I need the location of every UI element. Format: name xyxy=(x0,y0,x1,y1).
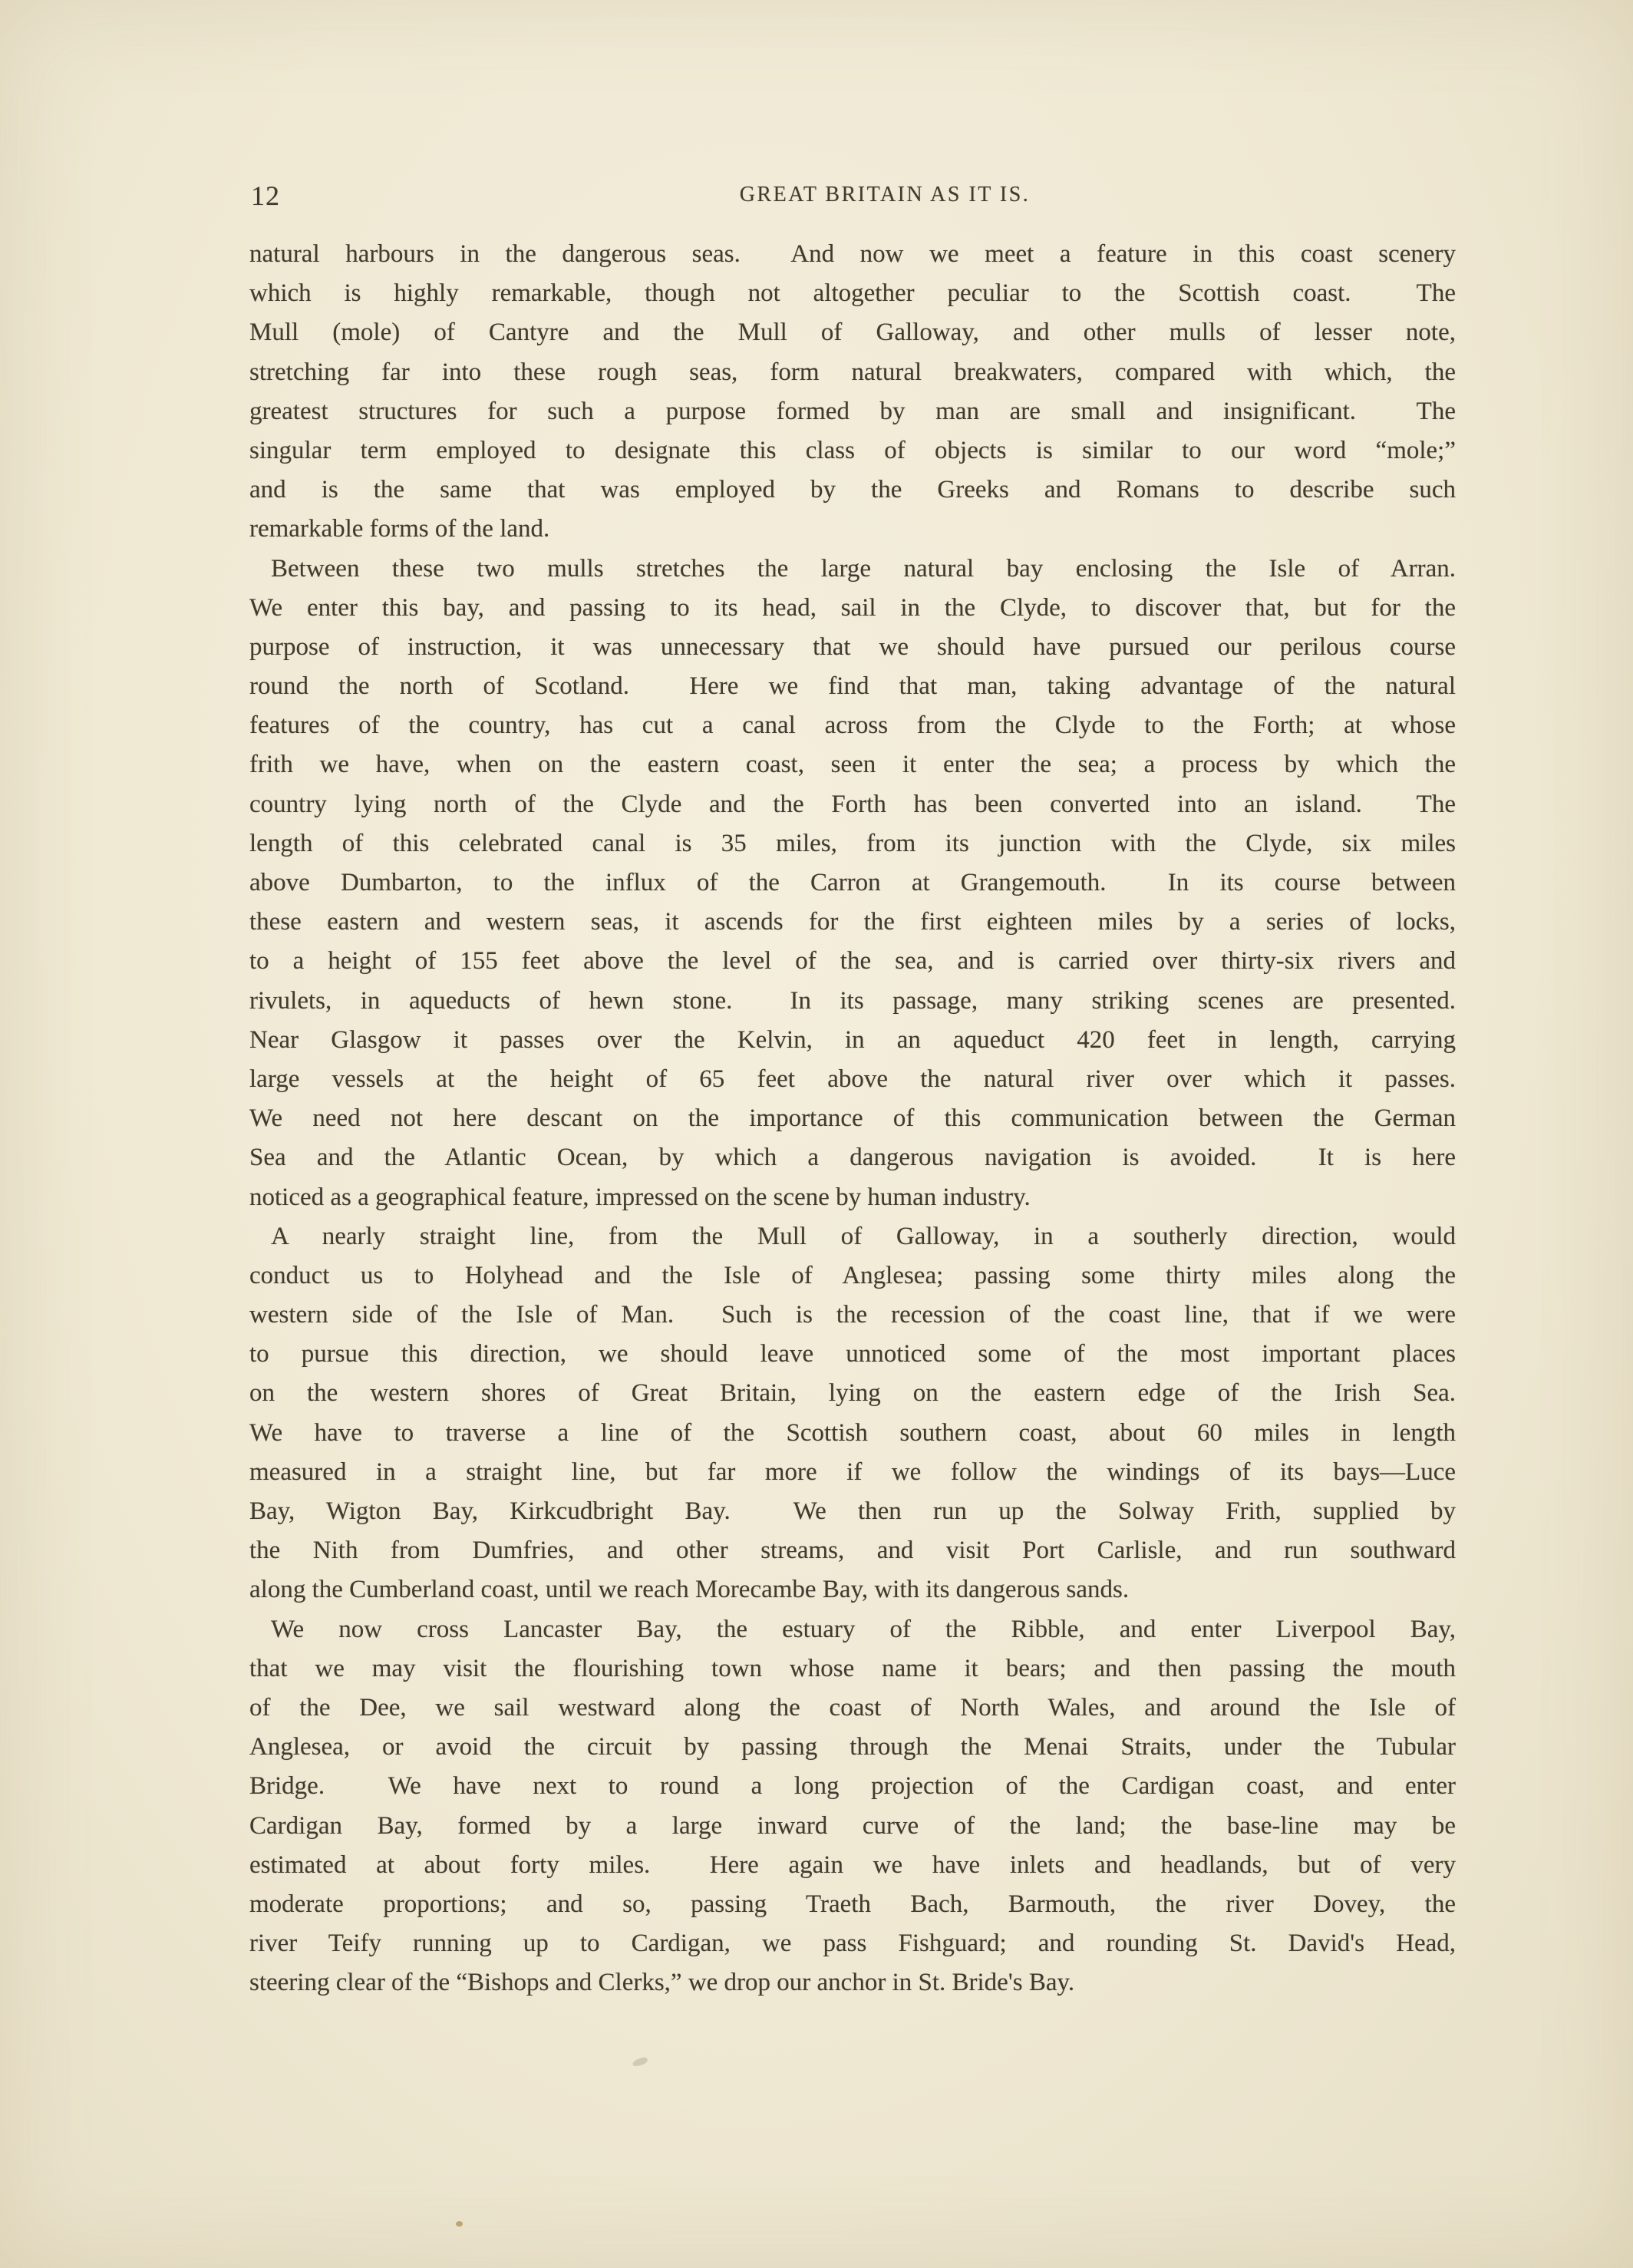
text-line: Between these two mulls stretches the la… xyxy=(249,550,1456,589)
text-line: along the Cumberland coast, until we rea… xyxy=(249,1570,1456,1609)
text-line: estimated at about forty miles. Here aga… xyxy=(249,1846,1456,1885)
text-line: conduct us to Holyhead and the Isle of A… xyxy=(249,1256,1456,1296)
text-line: We need not here descant on the importan… xyxy=(249,1099,1456,1138)
text-line: to pursue this direction, we should leav… xyxy=(249,1335,1456,1374)
page-header: 12 GREAT BRITAIN AS IT IS. xyxy=(249,181,1456,227)
text-line: the Nith from Dumfries, and other stream… xyxy=(249,1531,1456,1570)
text-line: stretching far into these rough seas, fo… xyxy=(249,353,1456,392)
text-line: and is the same that was employed by the… xyxy=(249,470,1456,510)
text-line: moderate proportions; and so, passing Tr… xyxy=(249,1885,1456,1924)
text-line: frith we have, when on the eastern coast… xyxy=(249,745,1456,784)
text-line: greatest structures for such a purpose f… xyxy=(249,392,1456,431)
paragraph: We now cross Lancaster Bay, the estuary … xyxy=(249,1610,1456,2003)
running-title: GREAT BRITAIN AS IT IS. xyxy=(282,183,1488,207)
text-line: steering clear of the “Bishops and Clerk… xyxy=(249,1963,1456,2002)
text-line: Bay, Wigton Bay, Kirkcudbright Bay. We t… xyxy=(249,1492,1456,1531)
text-line: Cardigan Bay, formed by a large inward c… xyxy=(249,1807,1456,1846)
paper-speck xyxy=(456,2221,463,2227)
text-line: that we may visit the flourishing town w… xyxy=(249,1649,1456,1689)
text-line: western side of the Isle of Man. Such is… xyxy=(249,1296,1456,1335)
text-line: Bridge. We have next to round a long pro… xyxy=(249,1767,1456,1806)
text-line: Sea and the Atlantic Ocean, by which a d… xyxy=(249,1138,1456,1177)
page-body: natural harbours in the dangerous seas. … xyxy=(249,235,1456,2002)
text-line: measured in a straight line, but far mor… xyxy=(249,1453,1456,1492)
text-line: length of this celebrated canal is 35 mi… xyxy=(249,824,1456,863)
text-line: rivulets, in aqueducts of hewn stone. In… xyxy=(249,982,1456,1021)
text-line: We have to traverse a line of the Scotti… xyxy=(249,1414,1456,1453)
book-page: 12 GREAT BRITAIN AS IT IS. natural harbo… xyxy=(0,0,1633,2268)
text-line: A nearly straight line, from the Mull of… xyxy=(249,1217,1456,1256)
text-line: large vessels at the height of 65 feet a… xyxy=(249,1060,1456,1099)
text-line: which is highly remarkable, though not a… xyxy=(249,274,1456,313)
text-line: country lying north of the Clyde and the… xyxy=(249,785,1456,824)
text-line: to a height of 155 feet above the level … xyxy=(249,942,1456,981)
text-line: of the Dee, we sail westward along the c… xyxy=(249,1689,1456,1728)
text-line: on the western shores of Great Britain, … xyxy=(249,1374,1456,1413)
page-number: 12 xyxy=(251,180,280,212)
paper-speck xyxy=(632,2056,648,2068)
text-line: natural harbours in the dangerous seas. … xyxy=(249,235,1456,274)
text-line: above Dumbarton, to the influx of the Ca… xyxy=(249,863,1456,903)
text-line: round the north of Scotland. Here we fin… xyxy=(249,667,1456,706)
text-line: Near Glasgow it passes over the Kelvin, … xyxy=(249,1021,1456,1060)
text-line: purpose of instruction, it was unnecessa… xyxy=(249,628,1456,667)
text-line: Mull (mole) of Cantyre and the Mull of G… xyxy=(249,313,1456,352)
text-line: noticed as a geographical feature, impre… xyxy=(249,1178,1456,1217)
text-line: We now cross Lancaster Bay, the estuary … xyxy=(249,1610,1456,1649)
text-line: Anglesea, or avoid the circuit by passin… xyxy=(249,1728,1456,1767)
text-line: features of the country, has cut a canal… xyxy=(249,706,1456,745)
paragraph: natural harbours in the dangerous seas. … xyxy=(249,235,1456,550)
paragraph: Between these two mulls stretches the la… xyxy=(249,550,1456,1217)
text-line: singular term employed to designate this… xyxy=(249,431,1456,470)
text-line: We enter this bay, and passing to its he… xyxy=(249,589,1456,628)
text-line: river Teify running up to Cardigan, we p… xyxy=(249,1924,1456,1963)
paragraph: A nearly straight line, from the Mull of… xyxy=(249,1217,1456,1610)
text-line: remarkable forms of the land. xyxy=(249,510,1456,549)
text-line: these eastern and western seas, it ascen… xyxy=(249,903,1456,942)
